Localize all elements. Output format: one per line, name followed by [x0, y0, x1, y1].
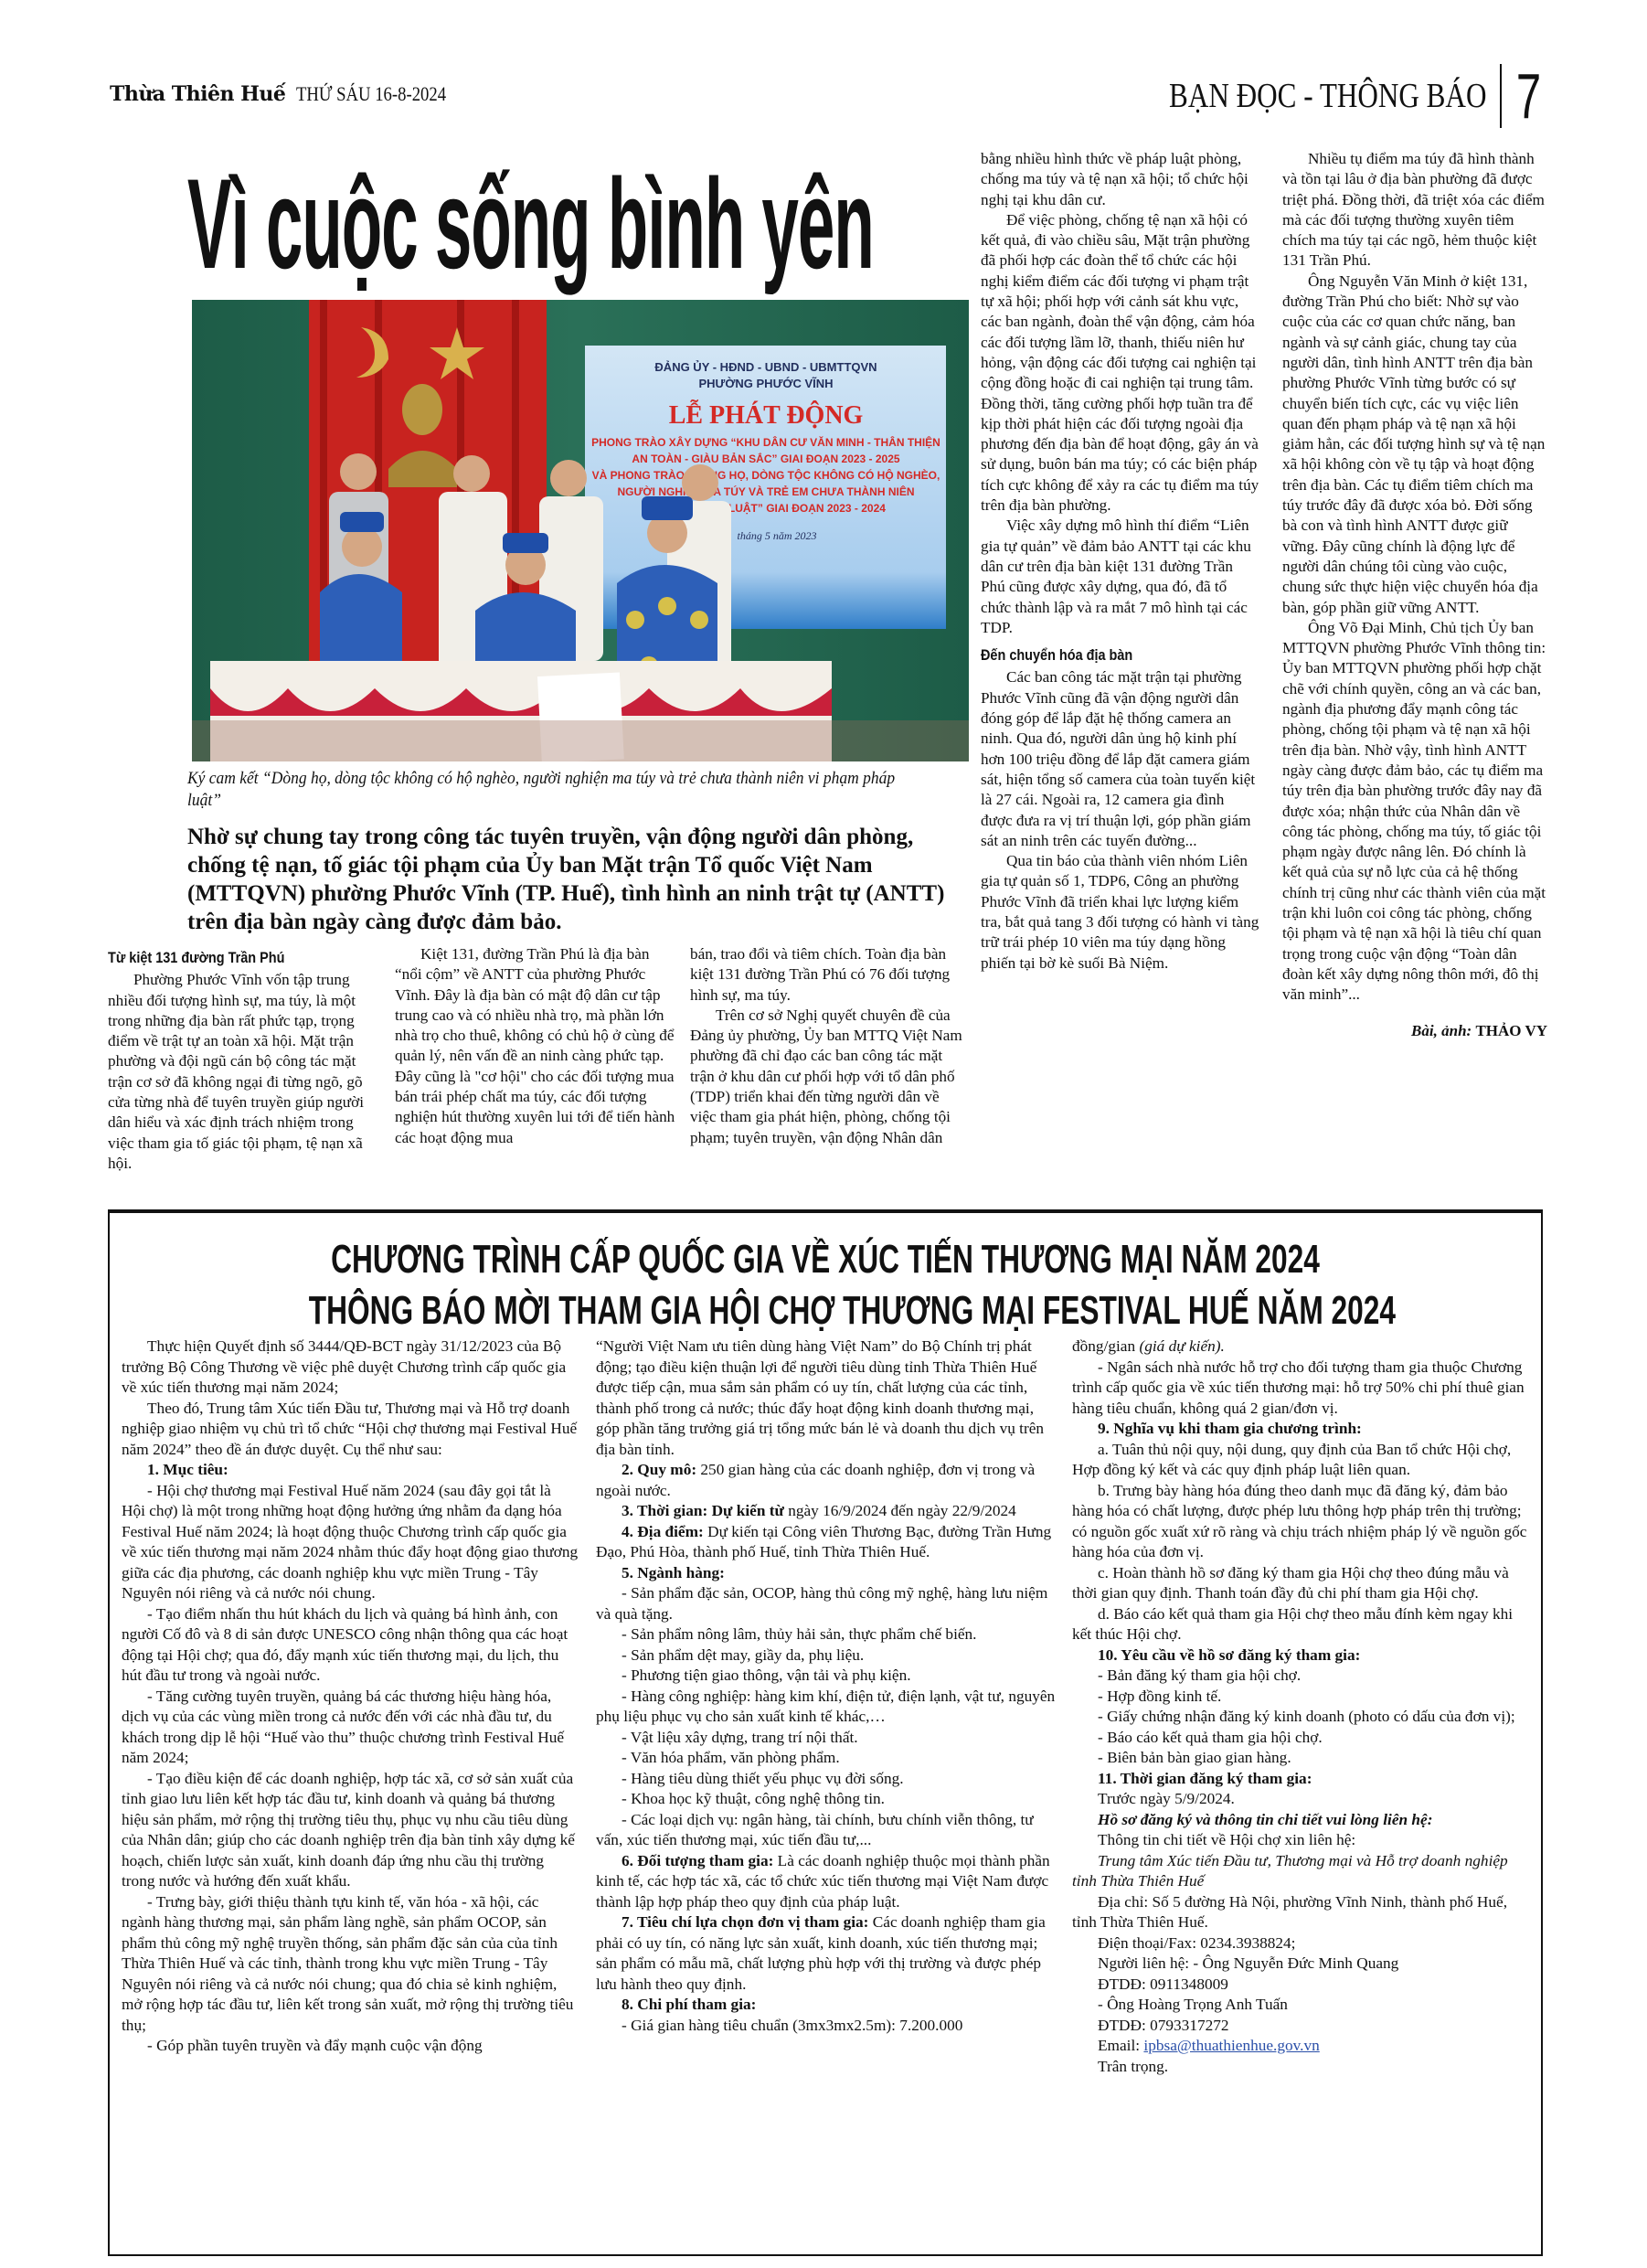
article-column-5: Nhiều tụ điểm ma túy đã hình thành và tồ…	[1282, 149, 1547, 1042]
contact-person-2: - Ông Hoàng Trọng Anh Tuấn	[1072, 1995, 1529, 2016]
obligation-item: a. Tuân thủ nội quy, nội dung, quy định …	[1072, 1440, 1529, 1481]
contact-heading: Hồ sơ đăng ký và thông tin chi tiết vui …	[1098, 1811, 1432, 1828]
email-link[interactable]: ipbsa@thuathienhue.gov.vn	[1143, 2037, 1319, 2054]
notice-title-line-2: THÔNG BÁO MỜI THAM GIA HỘI CHỢ THƯƠNG MẠ…	[309, 1285, 1342, 1336]
contact-intro: Thông tin chi tiết về Hội chợ xin liên h…	[1072, 1830, 1529, 1851]
article-photo: ĐẢNG ỦY - HĐND - UBND - UBMTTQVN PHƯỜNG …	[192, 300, 969, 761]
mobile-2: ĐTDĐ: 0793317272	[1072, 2016, 1529, 2037]
organization-name: Trung tâm Xúc tiến Đầu tư, Thương mại và…	[1072, 1852, 1508, 1890]
masthead-left: Thừa Thiên Huế THỨ SÁU 16-8-2024	[110, 82, 473, 106]
paragraph: “Người Việt Nam ưu tiên dùng hàng Việt N…	[596, 1336, 1057, 1460]
category-item: - Văn hóa phẩm, văn phòng phẩm.	[596, 1748, 1057, 1769]
bullet: - Trưng bày, giới thiệu thành tựu kinh t…	[122, 1892, 579, 2037]
paragraph: Ông Nguyễn Văn Minh ở kiệt 131, đường Tr…	[1282, 272, 1547, 618]
paragraph: Trên cơ sở Nghị quyết chuyên đề của Đảng…	[690, 1006, 969, 1148]
section-heading-thoi-gian-dang-ky: 11. Thời gian đăng ký tham gia:	[1098, 1770, 1312, 1787]
cost-note: (giá dự kiến).	[1139, 1337, 1224, 1355]
svg-text:PHONG TRÀO XÂY DỰNG “KHU DÂN C: PHONG TRÀO XÂY DỰNG “KHU DÂN CƯ VĂN MINH…	[591, 435, 940, 449]
masthead-divider	[1500, 64, 1502, 128]
category-item: - Khoa học kỹ thuật, công nghệ thông tin…	[596, 1789, 1057, 1810]
category-item: - Sản phẩm đặc sản, OCOP, hàng thủ công …	[596, 1583, 1057, 1624]
notice-column-3: đồng/gian (giá dự kiến). - Ngân sách nhà…	[1072, 1336, 1529, 2077]
byline-author: THẢO VY	[1475, 1022, 1547, 1039]
svg-text:VÀ PHONG TRÀO “DÒNG HỌ, DÒNG T: VÀ PHONG TRÀO “DÒNG HỌ, DÒNG TỘC KHÔNG C…	[592, 468, 940, 482]
svg-text:AN TOÀN - GIÀU BẢN SẮC” GIAI Đ: AN TOÀN - GIÀU BẢN SẮC” GIAI ĐOẠN 2023 -…	[632, 452, 899, 465]
article-headline: Vì cuộc sống bình yên	[187, 155, 600, 293]
subhead-chuyen-hoa: Đến chuyển hóa địa bàn	[981, 645, 1217, 665]
paragraph: Kiệt 131, đường Trần Phú là địa bàn “nổi…	[395, 944, 678, 1148]
paragraph: Nhiều tụ điểm ma túy đã hình thành và tồ…	[1282, 149, 1547, 272]
paragraph: Theo đó, Trung tâm Xúc tiến Đầu tư, Thươ…	[122, 1399, 579, 1461]
paragraph: Qua tin báo của thành viên nhóm Liên gia…	[981, 851, 1259, 974]
paragraph: - Ngân sách nhà nước hỗ trợ cho đối tượn…	[1072, 1358, 1529, 1420]
category-item: - Vật liệu xây dựng, trang trí nội thất.	[596, 1728, 1057, 1749]
cost-item: - Giá gian hàng tiêu chuẩn (3mx3mx2.5m):…	[596, 2016, 1057, 2037]
paragraph: Ông Võ Đại Minh, Chủ tịch Ủy ban MTTQVN …	[1282, 618, 1547, 1006]
paragraph: bằng nhiều hình thức về pháp luật phòng,…	[981, 149, 1259, 210]
obligation-item: b. Trưng bày hàng hóa đúng theo danh mục…	[1072, 1481, 1529, 1563]
paragraph: bán, trao đổi và tiêm chích. Toàn địa bà…	[690, 944, 969, 1006]
section-heading-nganh-hang: 5. Ngành hàng:	[622, 1564, 725, 1581]
document-item: - Giấy chứng nhận đăng ký kinh doanh (ph…	[1072, 1707, 1529, 1728]
phone-fax: Điện thoại/Fax: 0234.3938824;	[1072, 1933, 1529, 1954]
section-heading-nghia-vu: 9. Nghĩa vụ khi tham gia chương trình:	[1098, 1420, 1362, 1437]
svg-text:NGƯỜI NGHIỆN MA TÚY VÀ TRẺ EM: NGƯỜI NGHIỆN MA TÚY VÀ TRẺ EM CHƯA THÀNH…	[617, 484, 914, 498]
svg-text:ĐẢNG ỦY - HĐND - UBND - UBMTTQ: ĐẢNG ỦY - HĐND - UBND - UBMTTQVN	[654, 360, 877, 374]
svg-text:tháng 5 năm 2023: tháng 5 năm 2023	[738, 529, 817, 542]
bullet: - Tăng cường tuyên truyền, quảng bá các …	[122, 1687, 579, 1769]
paragraph: Để việc phòng, chống tệ nạn xã hội có kế…	[981, 210, 1259, 516]
obligation-item: d. Báo cáo kết quả tham gia Hội chợ theo…	[1072, 1604, 1529, 1645]
category-item: - Các loại dịch vụ: ngân hàng, tài chính…	[596, 1810, 1057, 1851]
section-heading-quy-mo: 2. Quy mô:	[622, 1461, 696, 1478]
byline: Bài, ảnh: THẢO VY	[1282, 1021, 1547, 1041]
mobile-1: ĐTDĐ: 0911348009	[1072, 1975, 1529, 1996]
photo-illustration: ĐẢNG ỦY - HĐND - UBND - UBMTTQVN PHƯỜNG …	[192, 300, 969, 761]
section-heading-tieu-chi: 7. Tiêu chí lựa chọn đơn vị tham gia:	[622, 1913, 868, 1931]
svg-text:PHƯỜNG PHƯỚC VĨNH: PHƯỜNG PHƯỚC VĨNH	[698, 377, 833, 390]
section-name: BẠN ĐỌC - THÔNG BÁO	[1169, 76, 1494, 116]
paragraph: Thực hiện Quyết định số 3444/QĐ-BCT ngày…	[122, 1336, 579, 1399]
closing: Trân trọng.	[1072, 2057, 1529, 2078]
contact-person-1: Người liên hệ: - Ông Nguyễn Đức Minh Qua…	[1072, 1954, 1529, 1975]
category-item: - Phương tiện giao thông, vận tải và phụ…	[596, 1666, 1057, 1687]
category-item: - Hàng công nghiệp: hàng kim khí, điện t…	[596, 1687, 1057, 1728]
document-item: - Hợp đồng kinh tế.	[1072, 1687, 1529, 1708]
section-heading-doi-tuong: 6. Đối tượng tham gia:	[622, 1852, 773, 1869]
notice-title: CHƯƠNG TRÌNH CẤP QUỐC GIA VỀ XÚC TIẾN TH…	[108, 1234, 1543, 1336]
document-item: - Báo cáo kết quả tham gia hội chợ.	[1072, 1728, 1529, 1749]
bullet: - Góp phần tuyên truyền và đẩy mạnh cuộc…	[122, 2036, 579, 2057]
bullet: - Hội chợ thương mại Festival Huế năm 20…	[122, 1481, 579, 1604]
section-heading-chi-phi: 8. Chi phí tham gia:	[622, 1996, 756, 2013]
svg-text:LỄ PHÁT ĐỘNG: LỄ PHÁT ĐỘNG	[669, 400, 864, 430]
issue-date: THỨ SÁU 16-8-2024	[296, 82, 446, 106]
byline-label: Bài, ảnh:	[1411, 1022, 1472, 1039]
page-number: 7	[1516, 64, 1541, 128]
notice-column-2: “Người Việt Nam ưu tiên dùng hàng Việt N…	[596, 1336, 1057, 2036]
cost-unit: đồng/gian	[1072, 1337, 1139, 1355]
article-lead: Nhờ sự chung tay trong công tác tuyên tr…	[187, 823, 973, 936]
document-item: - Biên bản bàn giao gian hàng.	[1072, 1748, 1529, 1769]
article-column-2: Kiệt 131, đường Trần Phú là địa bàn “nổi…	[395, 944, 678, 1148]
obligation-item: c. Hoàn thành hồ sơ đăng ký tham gia Hội…	[1072, 1563, 1529, 1604]
paragraph: Phường Phước Vĩnh vốn tập trung nhiều đố…	[108, 970, 382, 1174]
photo-caption: Ký cam kết “Dòng họ, dòng tộc không có h…	[187, 768, 910, 812]
paragraph: Các ban công tác mặt trận tại phường Phư…	[981, 667, 1259, 851]
section-heading-ho-so: 10. Yêu cầu về hồ sơ đăng ký tham gia:	[1098, 1646, 1360, 1664]
article-column-3: bán, trao đổi và tiêm chích. Toàn địa bà…	[690, 944, 969, 1148]
category-item: - Hàng tiêu dùng thiết yếu phục vụ đời s…	[596, 1769, 1057, 1790]
section-heading-dia-diem: 4. Địa điểm:	[622, 1523, 704, 1540]
paragraph: Việc xây dựng mô hình thí điểm “Liên gia…	[981, 516, 1259, 638]
newspaper-brand: Thừa Thiên Huế	[110, 82, 285, 106]
notice-column-1: Thực hiện Quyết định số 3444/QĐ-BCT ngày…	[122, 1336, 579, 2057]
subhead-tu-kiet-131: Từ kiệt 131 đường Trần Phú	[108, 948, 341, 968]
notice-title-line-1: CHƯƠNG TRÌNH CẤP QUỐC GIA VỀ XÚC TIẾN TH…	[309, 1234, 1342, 1285]
bullet: - Tạo điểm nhấn thu hút khách du lịch và…	[122, 1604, 579, 1687]
section-heading-muc-tieu: 1. Mục tiêu:	[147, 1461, 228, 1478]
time-text: ngày 16/9/2024 đến ngày 22/9/2024	[784, 1502, 1016, 1519]
masthead-right: BẠN ĐỌC - THÔNG BÁO 7	[1098, 64, 1546, 128]
article-column-1: Từ kiệt 131 đường Trần Phú Phường Phước …	[108, 946, 382, 1174]
section-heading-thoi-gian: 3. Thời gian: Dự kiến từ	[622, 1502, 784, 1519]
deadline: Trước ngày 5/9/2024.	[1072, 1789, 1529, 1810]
category-item: - Sản phẩm nông lâm, thủy hải sản, thực …	[596, 1624, 1057, 1645]
address: Địa chỉ: Số 5 đường Hà Nội, phường Vĩnh …	[1072, 1892, 1529, 1933]
category-item: - Sản phẩm dệt may, giầy da, phụ liệu.	[596, 1645, 1057, 1666]
document-item: - Bản đăng ký tham gia hội chợ.	[1072, 1666, 1529, 1687]
bullet: - Tạo điều kiện để các doanh nghiệp, hợp…	[122, 1769, 579, 1892]
email-label: Email:	[1098, 2037, 1143, 2054]
article-column-4: bằng nhiều hình thức về pháp luật phòng,…	[981, 149, 1259, 974]
